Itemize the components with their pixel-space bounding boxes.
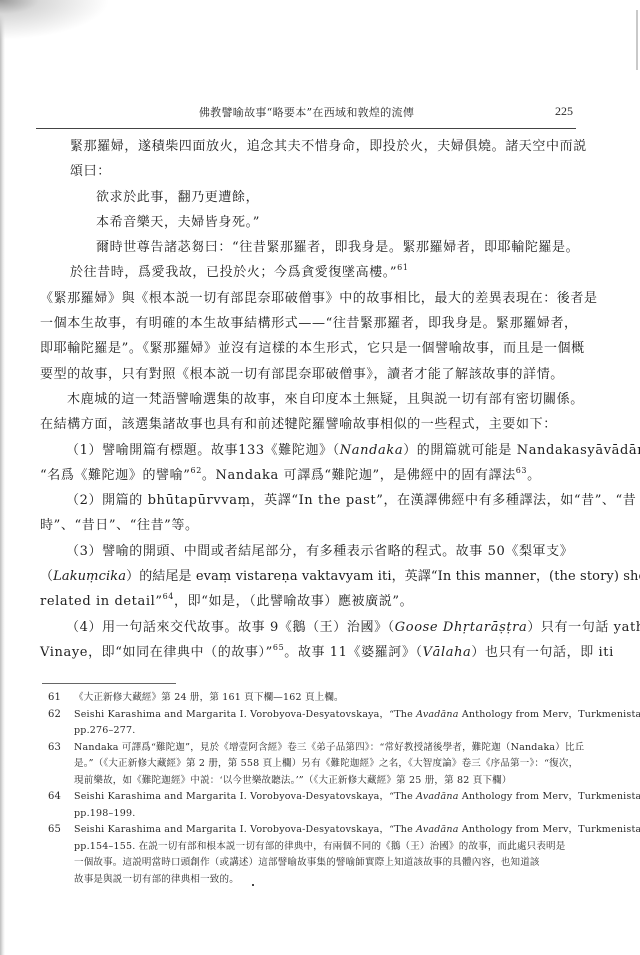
footnote-line: 故事是與説一切有部的律典相一致的。: [74, 872, 588, 889]
text-segment: ）的開篇就可能是 Nandakasyāvādānaṃ，即: [403, 443, 640, 458]
text-segment: （1）譬喻開篇有標題。故事133《難陀迦》（: [66, 443, 340, 458]
text-segment: （4）用一句話來交代故事。故事 9《鵝（王）治國》（: [66, 620, 395, 635]
footnote-line: pp.154–155. 在説一切有部和根本説一切有部的律典中，有兩個不同的《鵝（…: [74, 839, 588, 856]
scan-shadow-corner: [0, 0, 110, 40]
footnote-ref[interactable]: 64: [163, 592, 174, 601]
footnote-rule: [42, 683, 176, 684]
footnote-61: 61 《大正新修大藏經》第 24 册，第 161 頁下欄—162 頁上欄。: [48, 690, 588, 707]
list-item-1-line: （1）譬喻開篇有標題。故事133《難陀迦》（Nandaka）的開篇就可能是 Na…: [40, 438, 580, 463]
header-rule: [36, 128, 576, 129]
text-line: 一個本生故事，有明確的本生故事結構形式——“往昔緊那羅者，即我身是。緊那羅婦者，: [40, 311, 580, 336]
text-segment: Seishi Karashima and Margarita I. Voroby…: [74, 824, 416, 835]
footnote-line: pp.198–199.: [74, 806, 588, 823]
footnote-ref[interactable]: 63: [516, 466, 527, 475]
footnote-62: 62 Seishi Karashima and Margarita I. Vor…: [48, 707, 588, 740]
list-item-3-line: related in detail”64，即“如是，（此譬喻故事）應被廣説”。: [40, 589, 580, 614]
list-item-4-line: Vinaye，即“如同在律典中（的故事）”65。故事 11《婆羅訶》（Vālah…: [40, 640, 580, 665]
footnote-line: pp.276–277.: [74, 723, 588, 740]
footnote-64: 64 Seishi Karashima and Margarita I. Vor…: [48, 789, 588, 822]
scan-speck: [252, 884, 254, 886]
footnote-ref[interactable]: 62: [191, 466, 202, 475]
scan-edge-left: [0, 0, 5, 955]
italic-term: Goose Dhṛtarāṣṭra: [395, 620, 528, 635]
text-segment: Seishi Karashima and Margarita I. Voroby…: [74, 791, 416, 802]
text-segment: ）只有一句話 yathā: [527, 620, 640, 635]
footnote-line: 一個故事。這説明當時口頭創作（或講述）這部譬喻故事集的譬喻師實際上知道該故事的具…: [74, 855, 588, 872]
italic-term: Avadāna: [416, 824, 458, 835]
list-item-1-line: “名爲《難陀迦》的譬喻”62。Nandaka 可譯爲“難陀迦”，是佛經中的固有譯…: [40, 463, 580, 488]
list-item-3-line: （3）譬喻的開頭、中間或者結尾部分，有多種表示省略的程式。故事 50《梨軍支》: [40, 539, 580, 564]
verse-line: 本希音樂天，夫婦皆身死。”: [40, 210, 580, 235]
italic-term: Vālaha: [423, 645, 472, 660]
list-item-4-line: （4）用一句話來交代故事。故事 9《鵝（王）治國》（Goose Dhṛtarāṣ…: [40, 615, 580, 640]
text-line: 頌曰：: [40, 159, 580, 184]
running-head-title: 佛教譬喻故事“略要本”在西域和敦煌的流傳: [40, 104, 573, 120]
list-item-3-line: （Lakuṃcika）的結尾是 evaṃ vistareṇa vaktavyam…: [40, 564, 580, 589]
footnote-line: 是。”（《大正新修大藏經》第 2 册，第 558 頁上欄）另有《難陀迦經》之名，…: [74, 756, 588, 773]
text-line: 要型的故事，只有對照《根本説一切有部毘奈耶破僧事》，讀者才能了解該故事的詳情。: [40, 362, 580, 387]
text-segment: ）也只有一句話，即 iti: [471, 645, 613, 660]
footnote-marker: 64: [48, 789, 62, 806]
text-line: 《緊那羅婦》與《根本説一切有部毘奈耶破僧事》中的故事相比，最大的差異表現在：後者…: [40, 286, 580, 311]
list-item-2-line: 時”、“昔日”、“往昔”等。: [40, 513, 580, 538]
scan-edge-right: [636, 10, 638, 70]
body-text: 緊那羅婦，遂積柴四面放火，追念其夫不惜身命，即投於火，夫婦俱燒。諸天空中而説 頌…: [40, 134, 580, 665]
italic-term: Nandaka: [340, 443, 403, 458]
footnote-line: Seishi Karashima and Margarita I. Voroby…: [74, 789, 588, 806]
page-number: 225: [555, 104, 573, 119]
footnote-ref[interactable]: 61: [397, 263, 408, 272]
text-segment: 。故事 11《婆羅訶》（: [284, 645, 422, 660]
italic-term: Lakuṃcika: [53, 569, 126, 584]
running-head: 佛教譬喻故事“略要本”在西域和敦煌的流傳 225: [40, 104, 573, 120]
footnotes: 61 《大正新修大藏經》第 24 册，第 161 頁下欄—162 頁上欄。 62…: [48, 690, 588, 888]
text-segment: related in detail”: [40, 594, 163, 609]
text-line: 木鹿城的這一梵語譬喻選集的故事，來自印度本土無疑，且與説一切有部有密切關係。: [40, 387, 580, 412]
footnote-63: 63 Nandaka 可譯爲“難陀迦”，見於《增壹阿含經》卷三《弟子品第四》：“…: [48, 740, 588, 790]
text-segment: （: [40, 569, 53, 584]
footnote-ref[interactable]: 65: [273, 643, 284, 652]
footnote-65: 65 Seishi Karashima and Margarita I. Vor…: [48, 822, 588, 888]
list-item-2-line: （2）開篇的 bhūtapūrvvaṃ，英譯“In the past”，在漢譯佛…: [40, 488, 580, 513]
text-segment: Anthology from Merv，Turkmenistan”，: [459, 709, 640, 720]
text-segment: “名爲《難陀迦》的譬喻”: [40, 468, 191, 483]
text-line: 爾時世尊告諸苾芻曰：“往昔緊那羅者，即我身是。緊那羅婦者，即耶輸陀羅是。: [40, 235, 580, 260]
text-segment: ）的結尾是 evaṃ vistareṇa vaktavyam iti，英譯“In…: [126, 569, 640, 584]
text-segment: Anthology from Merv，Turkmenistan”，: [459, 791, 640, 802]
text-segment: 。: [527, 468, 541, 483]
footnote-marker: 62: [48, 707, 62, 724]
footnote-line: Nandaka 可譯爲“難陀迦”，見於《增壹阿含經》卷三《弟子品第四》：“常好教…: [74, 740, 588, 757]
footnote-line: 現前樂故，如《難陀迦經》中説：‘以今世樂故聽法。’”（《大正新修大藏經》第 25…: [74, 773, 588, 790]
text-segment: 於往昔時，爲愛我故，已投於火；今爲貪愛復墜高樓。”: [70, 265, 397, 280]
footnote-marker: 65: [48, 822, 62, 839]
footnote-line: Seishi Karashima and Margarita I. Voroby…: [74, 822, 588, 839]
footnote-marker: 61: [48, 690, 62, 707]
text-segment: Seishi Karashima and Margarita I. Voroby…: [74, 709, 416, 720]
verse-line: 欲求於此事，翻乃更遭餘，: [40, 185, 580, 210]
footnote-marker: 63: [48, 740, 62, 757]
text-segment: Anthology from Merv，Turkmenistan”，: [459, 824, 640, 835]
text-line: 即耶輸陀羅是”。《緊那羅婦》並沒有這樣的本生形式，它只是一個譬喻故事，而且是一個…: [40, 336, 580, 361]
footnote-line: Seishi Karashima and Margarita I. Voroby…: [74, 707, 588, 724]
text-line: 緊那羅婦，遂積柴四面放火，追念其夫不惜身命，即投於火，夫婦俱燒。諸天空中而説: [40, 134, 580, 159]
italic-term: Avadāna: [416, 709, 458, 720]
footnote-line: 《大正新修大藏經》第 24 册，第 161 頁下欄—162 頁上欄。: [74, 690, 588, 707]
text-line: 在結構方面，該選集諸故事也具有和前述犍陀羅譬喻故事相似的一些程式，主要如下：: [40, 412, 580, 437]
text-segment: ，即“如是，（此譬喻故事）應被廣説”。: [174, 594, 413, 609]
text-segment: Vinaye，即“如同在律典中（的故事）”: [40, 645, 273, 660]
italic-term: Avadāna: [416, 791, 458, 802]
text-line: 於往昔時，爲愛我故，已投於火；今爲貪愛復墜高樓。”61: [40, 260, 580, 285]
text-segment: 。Nandaka 可譯爲“難陀迦”，是佛經中的固有譯法: [202, 468, 516, 483]
